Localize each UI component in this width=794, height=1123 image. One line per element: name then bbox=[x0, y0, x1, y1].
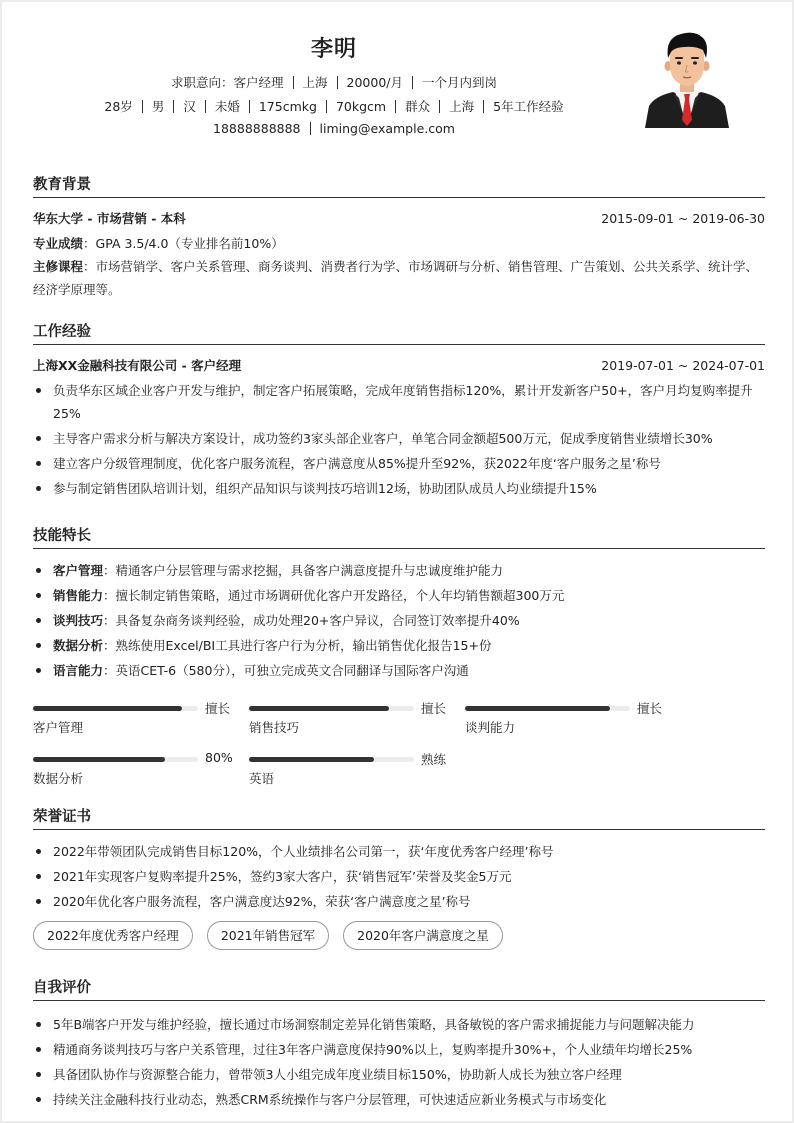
current-city: 上海 bbox=[449, 97, 474, 115]
height: 175cmkg bbox=[259, 99, 317, 114]
work-date-range: 2019-07-01 ~ 2024-07-01 bbox=[601, 357, 765, 375]
list-item: 谈判技巧：具备复杂商务谈判经验，成功处理20+客户异议，合同签订效率提升40% bbox=[33, 609, 765, 632]
education-section: 教育背景 华东大学 - 市场营销 - 本科 2015-09-01 ~ 2019-… bbox=[33, 174, 765, 301]
company-position: 上海XX金融科技有限公司 - 客户经理 bbox=[33, 357, 241, 375]
bar-track bbox=[33, 757, 198, 762]
skill-desc: ：熟练使用Excel/BI工具进行客户行为分析，输出销售优化报告15+份 bbox=[103, 638, 491, 653]
bar-fill bbox=[249, 706, 389, 711]
skill-label: 谈判技巧 bbox=[53, 613, 103, 628]
resume-header: 李明 求职意向：客户经理上海20000/月一个月内到岗 28岁男汉未婚175cm… bbox=[2, 2, 794, 152]
list-item: 语言能力：英语CET-6（580分），可独立完成英文合同翻译与国际客户沟通 bbox=[33, 659, 765, 682]
bar-name: 谈判能力 bbox=[465, 718, 515, 736]
gender: 男 bbox=[152, 97, 165, 115]
divider bbox=[483, 100, 484, 113]
skill-desc: ：英语CET-6（580分），可独立完成英文合同翻译与国际客户沟通 bbox=[103, 663, 469, 678]
divider bbox=[412, 76, 413, 89]
honor-tags: 2022年度优秀客户经理 2021年销售冠军 2020年客户满意度之星 bbox=[33, 921, 765, 950]
divider bbox=[337, 76, 338, 89]
divider bbox=[439, 100, 440, 113]
work-section: 工作经验 上海XX金融科技有限公司 - 客户经理 2019-07-01 ~ 20… bbox=[33, 321, 765, 502]
school-major-degree: 华东大学 - 市场营销 - 本科 bbox=[33, 210, 186, 228]
work-entry-head: 上海XX金融科技有限公司 - 客户经理 2019-07-01 ~ 2024-07… bbox=[33, 357, 765, 375]
skills-section: 技能特长 客户管理：精通客户分层管理与需求挖掘，具备客户满意度提升与忠诚度维护能… bbox=[33, 525, 765, 684]
availability: 一个月内到岗 bbox=[422, 73, 497, 91]
bar-name: 数据分析 bbox=[33, 769, 83, 787]
divider bbox=[173, 100, 174, 113]
skill-label: 数据分析 bbox=[53, 638, 103, 653]
divider bbox=[205, 100, 206, 113]
honor-tag: 2022年度优秀客户经理 bbox=[33, 921, 193, 950]
age: 28岁 bbox=[104, 97, 132, 115]
list-item: 具备团队协作与资源整合能力，曾带领3人小组完成年度业绩目标150%，协助新人成长… bbox=[33, 1063, 765, 1086]
list-item: 数据分析：熟练使用Excel/BI工具进行客户行为分析，输出销售优化报告15+份 bbox=[33, 634, 765, 657]
self-evaluation-section: 自我评价 5年B端客户开发与维护经验，擅长通过市场洞察制定差异化销售策略，具备敏… bbox=[33, 977, 765, 1113]
personal-info-line: 28岁男汉未婚175cmkg70kgcm群众上海5年工作经验 bbox=[2, 97, 666, 115]
avatar-illustration-icon bbox=[639, 28, 735, 128]
divider bbox=[249, 100, 250, 113]
skill-desc: ：精通客户分层管理与需求挖掘，具备客户满意度提升与忠诚度维护能力 bbox=[103, 563, 503, 578]
intended-city: 上海 bbox=[303, 73, 328, 91]
honors-section: 荣誉证书 2022年带领团队完成销售目标120%，个人业绩排名公司第一，获‘年度… bbox=[33, 806, 765, 950]
list-item: 2020年优化客户服务流程，客户满意度达92%，荣获‘客户满意度之星’称号 bbox=[33, 890, 765, 913]
expected-salary: 20000/月 bbox=[347, 73, 403, 91]
email[interactable]: liming@example.com bbox=[320, 121, 455, 136]
divider bbox=[142, 100, 143, 113]
education-entry-head: 华东大学 - 市场营销 - 本科 2015-09-01 ~ 2019-06-30 bbox=[33, 210, 765, 228]
gpa-line: 专业成绩：GPA 3.5/4.0（专业排名前10%） bbox=[33, 232, 765, 255]
bar-fill bbox=[33, 757, 165, 762]
bar-track bbox=[33, 706, 198, 711]
work-bullets: 负责华东区域企业客户开发与维护，制定客户拓展策略，完成年度销售指标120%，累计… bbox=[33, 379, 765, 500]
courses-line: 主修课程：市场营销学、客户关系管理、商务谈判、消费者行为学、市场调研与分析、销售… bbox=[33, 255, 765, 301]
honors-bullets: 2022年带领团队完成销售目标120%，个人业绩排名公司第一，获‘年度优秀客户经… bbox=[33, 840, 765, 913]
skill-bars: 擅长 客户管理 擅长 销售技巧 擅长 谈判能力 80% 数据分析 熟练 英语 bbox=[33, 699, 765, 789]
bar-name: 客户管理 bbox=[33, 718, 83, 736]
divider bbox=[326, 100, 327, 113]
list-item: 2022年带领团队完成销售目标120%，个人业绩排名公司第一，获‘年度优秀客户经… bbox=[33, 840, 765, 863]
work-years: 5年工作经验 bbox=[493, 97, 563, 115]
list-item: 持续关注金融科技行业动态，熟悉CRM系统操作与客户分层管理，可快速适应新业务模式… bbox=[33, 1088, 765, 1111]
job-intent-line: 求职意向：客户经理上海20000/月一个月内到岗 bbox=[2, 73, 666, 91]
divider bbox=[395, 100, 396, 113]
list-item: 5年B端客户开发与维护经验，擅长通过市场洞察制定差异化销售策略，具备敏锐的客户需… bbox=[33, 1013, 765, 1036]
bar-track bbox=[249, 757, 414, 762]
political-status: 群众 bbox=[405, 97, 430, 115]
weight: 70kgcm bbox=[336, 99, 386, 114]
section-title-education: 教育背景 bbox=[33, 174, 765, 198]
section-title-self-eval: 自我评价 bbox=[33, 977, 765, 1001]
list-item: 负责华东区域企业客户开发与维护，制定客户拓展策略，完成年度销售指标120%，累计… bbox=[33, 379, 765, 425]
bar-level: 擅长 bbox=[637, 699, 662, 717]
phone[interactable]: 18888888888 bbox=[213, 121, 300, 136]
education-date-range: 2015-09-01 ~ 2019-06-30 bbox=[601, 210, 765, 228]
bar-fill bbox=[33, 706, 182, 711]
bar-name: 英语 bbox=[249, 769, 274, 787]
divider bbox=[310, 122, 311, 135]
skills-bullets: 客户管理：精通客户分层管理与需求挖掘，具备客户满意度提升与忠诚度维护能力 销售能… bbox=[33, 559, 765, 682]
honor-tag: 2021年销售冠军 bbox=[207, 921, 329, 950]
skill-label: 客户管理 bbox=[53, 563, 103, 578]
gpa-label: 专业成绩 bbox=[33, 236, 83, 251]
list-item: 销售能力：擅长制定销售策略，通过市场调研优化客户开发路径，个人年均销售额超300… bbox=[33, 584, 765, 607]
bar-fill bbox=[465, 706, 610, 711]
bar-level: 擅长 bbox=[205, 699, 230, 717]
list-item: 参与制定销售团队培训计划，组织产品知识与谈判技巧培训12场，协助团队成员人均业绩… bbox=[33, 477, 765, 500]
self-eval-bullets: 5年B端客户开发与维护经验，擅长通过市场洞察制定差异化销售策略，具备敏锐的客户需… bbox=[33, 1013, 765, 1111]
skill-desc: ：擅长制定销售策略，通过市场调研优化客户开发路径，个人年均销售额超300万元 bbox=[103, 588, 564, 603]
section-title-work: 工作经验 bbox=[33, 321, 765, 345]
ethnicity: 汉 bbox=[183, 97, 196, 115]
job-intent: 求职意向：客户经理 bbox=[171, 73, 284, 91]
divider bbox=[293, 76, 294, 89]
bar-fill bbox=[249, 757, 374, 762]
skill-desc: ：具备复杂商务谈判经验，成功处理20+客户异议，合同签订效率提升40% bbox=[103, 613, 520, 628]
skill-label: 语言能力 bbox=[53, 663, 103, 678]
list-item: 精通商务谈判技巧与客户关系管理，过往3年客户满意度保持90%以上，复购率提升30… bbox=[33, 1038, 765, 1061]
marital-status: 未婚 bbox=[215, 97, 240, 115]
courses-label: 主修课程 bbox=[33, 259, 83, 274]
avatar bbox=[639, 28, 735, 128]
bar-level: 熟练 bbox=[421, 750, 446, 768]
candidate-name: 李明 bbox=[2, 32, 666, 63]
courses-value: ：市场营销学、客户关系管理、商务谈判、消费者行为学、市场调研与分析、销售管理、广… bbox=[33, 259, 758, 297]
gpa-value: ：GPA 3.5/4.0（专业排名前10%） bbox=[83, 236, 284, 251]
list-item: 建立客户分级管理制度，优化客户服务流程，客户满意度从85%提升至92%，获202… bbox=[33, 452, 765, 475]
list-item: 客户管理：精通客户分层管理与需求挖掘，具备客户满意度提升与忠诚度维护能力 bbox=[33, 559, 765, 582]
section-title-skills: 技能特长 bbox=[33, 525, 765, 549]
skill-label: 销售能力 bbox=[53, 588, 103, 603]
bar-name: 销售技巧 bbox=[249, 718, 299, 736]
resume-page: 李明 求职意向：客户经理上海20000/月一个月内到岗 28岁男汉未婚175cm… bbox=[0, 0, 794, 1123]
bar-track bbox=[249, 706, 414, 711]
section-title-honors: 荣誉证书 bbox=[33, 806, 765, 830]
honor-tag: 2020年客户满意度之星 bbox=[343, 921, 503, 950]
list-item: 2021年实现客户复购率提升25%，签约3家大客户，获‘销售冠军’荣誉及奖金5万… bbox=[33, 865, 765, 888]
list-item: 主导客户需求分析与解决方案设计，成功签约3家头部企业客户，单笔合同金额超500万… bbox=[33, 427, 765, 450]
bar-track bbox=[465, 706, 630, 711]
bar-level: 擅长 bbox=[421, 699, 446, 717]
contact-line: 18888888888liming@example.com bbox=[2, 121, 666, 136]
bar-level: 80% bbox=[205, 750, 233, 765]
